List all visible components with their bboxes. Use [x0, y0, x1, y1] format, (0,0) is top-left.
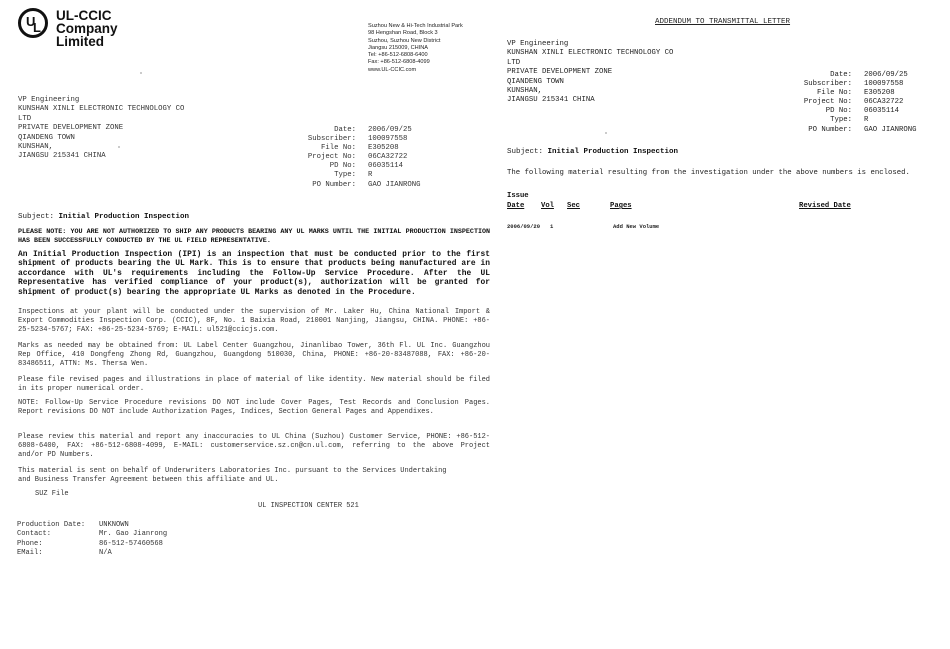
- address-line: Suzhou New & Hi-Tech Industrial Park: [368, 23, 463, 30]
- field-value: 100097558: [356, 135, 407, 144]
- field-row-pd-no: PD No:06035114: [290, 162, 421, 171]
- field-value: 06035114: [852, 107, 899, 116]
- file-pages-paragraph: Please file revised pages and illustrati…: [18, 376, 490, 394]
- subject-value: Initial Production Inspection: [59, 213, 190, 221]
- address-line: Fax: +86-512-6808-4099: [368, 59, 463, 66]
- recipient-line: JIANGSU 215341 CHINA: [507, 96, 673, 105]
- field-label: Type:: [290, 171, 356, 180]
- email-row: EMail:N/A: [17, 549, 167, 558]
- address-line: Tel: +86-512-6808-6400: [368, 52, 463, 59]
- subject-line: Subject: Initial Production Inspection: [18, 213, 189, 221]
- col-header-pages: Pages: [610, 202, 632, 210]
- recipient-line: LTD: [18, 115, 184, 124]
- info-value: 86-512-57460568: [99, 540, 163, 549]
- scan-speck: [605, 132, 607, 134]
- marks-paragraph: Marks as needed may be obtained from: UL…: [18, 342, 490, 370]
- field-label: PO Number:: [290, 181, 356, 190]
- field-value: E305208: [356, 144, 399, 153]
- field-label: Subscriber:: [784, 80, 852, 89]
- field-row-file-no: File No:E305208: [290, 144, 421, 153]
- recipient-line: VP Engineering: [507, 40, 673, 49]
- recipient-line: QIANDENG TOWN: [18, 134, 184, 143]
- field-label: Date:: [290, 126, 356, 135]
- recipient-line: KUNSHAN,: [507, 87, 673, 96]
- field-label: Date:: [784, 71, 852, 80]
- address-line: 98 Hengshan Road, Block 3: [368, 30, 463, 37]
- ipi-paragraph: An Initial Production Inspection (IPI) i…: [18, 250, 490, 297]
- subject-label: Subject:: [507, 148, 543, 156]
- field-label: Project No:: [290, 153, 356, 162]
- recipient-line: QIANDENG TOWN: [507, 78, 673, 87]
- ul-logo-icon: U L: [18, 8, 48, 38]
- enclosed-intro: The following material resulting from th…: [507, 169, 910, 178]
- recipient-line: LTD: [507, 59, 673, 68]
- right-subject-line: Subject: Initial Production Inspection: [507, 148, 678, 156]
- phone-row: Phone:86-512-57460568: [17, 540, 167, 549]
- issue-table-header: Date Vol Sec Pages Revised Date: [507, 202, 947, 214]
- letterhead-address: Suzhou New & Hi-Tech Industrial Park 98 …: [368, 23, 463, 74]
- info-label: Contact:: [17, 530, 99, 539]
- field-value: R: [356, 171, 372, 180]
- field-row-po-number: PO Number:GAO JIANRONG: [784, 126, 917, 135]
- field-value: E305208: [852, 89, 895, 98]
- recipient-line: KUNSHAN XINLI ELECTRONIC TECHNOLOGY CO: [18, 105, 184, 114]
- company-logo: U L UL-CCIC Company Limited: [18, 8, 168, 48]
- field-row-project-no: Project No:06CA32722: [784, 98, 917, 107]
- field-row-date: Date:2006/09/25: [290, 126, 421, 135]
- cell-vol: 1: [550, 223, 553, 230]
- field-value: GAO JIANRONG: [356, 181, 421, 190]
- field-row-po-number: PO Number:GAO JIANRONG: [290, 181, 421, 190]
- inspection-paragraph: Inspections at your plant will be conduc…: [18, 308, 490, 336]
- field-value: 2006/09/25: [852, 71, 908, 80]
- subject-label: Subject:: [18, 213, 54, 221]
- note-paragraph: NOTE: Follow-Up Service Procedure revisi…: [18, 399, 490, 417]
- behalf-paragraph: This material is sent on behalf of Under…: [18, 467, 448, 485]
- right-reference-fields: Date:2006/09/25 Subscriber:100097558 Fil…: [784, 71, 917, 135]
- address-line: Suzhou, Suzhou New District: [368, 38, 463, 45]
- scan-speck: [140, 72, 142, 74]
- col-header-revised-date: Revised Date: [799, 202, 851, 210]
- scan-speck: [118, 146, 120, 148]
- field-label: File No:: [290, 144, 356, 153]
- info-label: EMail:: [17, 549, 99, 558]
- recipient-address: VP Engineering KUNSHAN XINLI ELECTRONIC …: [18, 96, 184, 162]
- ul-logo-l: L: [33, 20, 41, 35]
- recipient-line: PRIVATE DEVELOPMENT ZONE: [18, 124, 184, 133]
- recipient-line: JIANGSU 215341 CHINA: [18, 152, 184, 161]
- review-paragraph: Please review this material and report a…: [18, 433, 490, 461]
- field-label: Subscriber:: [290, 135, 356, 144]
- field-value: 100097558: [852, 80, 903, 89]
- field-value: 06035114: [356, 162, 403, 171]
- signature: UL INSPECTION CENTER 521: [258, 502, 359, 511]
- company-name-line2: Company Limited: [56, 22, 168, 48]
- field-row-file-no: File No:E305208: [784, 89, 917, 98]
- info-value: UNKNOWN: [99, 521, 129, 530]
- field-row-subscriber: Subscriber:100097558: [290, 135, 421, 144]
- recipient-line: VP Engineering: [18, 96, 184, 105]
- cell-pages: Add New Volume: [613, 223, 659, 230]
- field-value: R: [852, 116, 868, 125]
- info-label: Production Date:: [17, 521, 99, 530]
- addendum-title: ADDENDUM TO TRANSMITTAL LETTER: [655, 18, 790, 26]
- field-label: PD No:: [290, 162, 356, 171]
- contact-row: Contact:Mr. Gao Jianrong: [17, 530, 167, 539]
- company-name: UL-CCIC Company Limited: [56, 9, 168, 48]
- field-row-type: Type:R: [290, 171, 421, 180]
- recipient-line: PRIVATE DEVELOPMENT ZONE: [507, 68, 673, 77]
- field-value: 06CA32722: [356, 153, 407, 162]
- field-row-subscriber: Subscriber:100097558: [784, 80, 917, 89]
- field-label: Project No:: [784, 98, 852, 107]
- recipient-line: KUNSHAN XINLI ELECTRONIC TECHNOLOGY CO: [507, 49, 673, 58]
- field-label: PD No:: [784, 107, 852, 116]
- address-line: www.UL-CCIC.com: [368, 67, 463, 74]
- reference-fields: Date:2006/09/25 Subscriber:100097558 Fil…: [290, 126, 421, 190]
- info-label: Phone:: [17, 540, 99, 549]
- field-value: 06CA32722: [852, 98, 903, 107]
- field-label: Type:: [784, 116, 852, 125]
- production-info: Production Date:UNKNOWN Contact:Mr. Gao …: [17, 521, 167, 558]
- field-row-type: Type:R: [784, 116, 917, 125]
- field-row-date: Date:2006/09/25: [784, 71, 917, 80]
- recipient-line: KUNSHAN,: [18, 143, 184, 152]
- file-reference: SUZ File: [35, 490, 69, 499]
- col-header-sec: Sec: [567, 202, 580, 210]
- field-value: 2006/09/25: [356, 126, 412, 135]
- field-label: PO Number:: [784, 126, 852, 135]
- field-row-project-no: Project No:06CA32722: [290, 153, 421, 162]
- subject-value: Initial Production Inspection: [548, 148, 679, 156]
- field-value: GAO JIANRONG: [852, 126, 917, 135]
- please-note: PLEASE NOTE: YOU ARE NOT AUTHORIZED TO S…: [18, 228, 490, 246]
- production-date-row: Production Date:UNKNOWN: [17, 521, 167, 530]
- col-header-vol: Vol: [541, 202, 554, 210]
- right-recipient-address: VP Engineering KUNSHAN XINLI ELECTRONIC …: [507, 40, 673, 106]
- field-row-pd-no: PD No:06035114: [784, 107, 917, 116]
- info-value: Mr. Gao Jianrong: [99, 530, 167, 539]
- col-header-date: Date: [507, 202, 524, 210]
- info-value: N/A: [99, 549, 112, 558]
- cell-date: 2006/09/20: [507, 223, 540, 230]
- table-row: 2006/09/20 1 Add New Volume: [507, 223, 947, 233]
- field-label: File No:: [784, 89, 852, 98]
- address-line: Jiangsu 215009, CHINA: [368, 45, 463, 52]
